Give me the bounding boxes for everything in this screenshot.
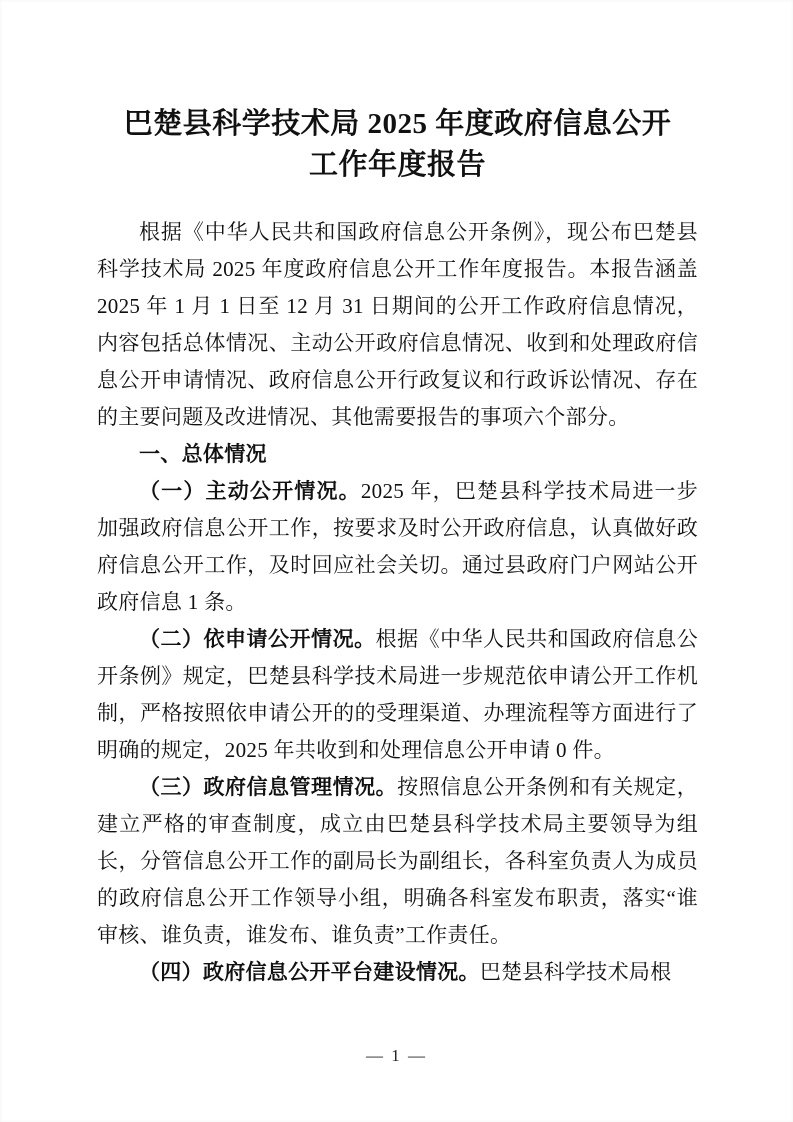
paragraph-4-lead: （四）政府信息公开平台建设情况。 bbox=[139, 960, 480, 984]
document-body: 根据《中华人民共和国政府信息公开条例》，现公布巴楚县科学技术局 2025 年度政… bbox=[97, 214, 698, 991]
paragraph-4: （四）政府信息公开平台建设情况。巴楚县科学技术局根 bbox=[97, 954, 698, 991]
intro-paragraph: 根据《中华人民共和国政府信息公开条例》，现公布巴楚县科学技术局 2025 年度政… bbox=[97, 214, 698, 436]
paragraph-1: （一）主动公开情况。2025 年，巴楚县科学技术局进一步加强政府信息公开工作，按… bbox=[97, 473, 698, 621]
paragraph-3: （三）政府信息管理情况。按照信息公开条例和有关规定，建立严格的审查制度，成立由巴… bbox=[97, 769, 698, 954]
document-title: 巴楚县科学技术局 2025 年度政府信息公开 工作年度报告 bbox=[97, 104, 698, 186]
paragraph-3-lead: （三）政府信息管理情况。 bbox=[139, 775, 397, 799]
page-number: — 1 — bbox=[0, 1046, 793, 1066]
paragraph-2-lead: （二）依申请公开情况。 bbox=[139, 627, 376, 651]
paragraph-3-text: 按照信息公开条例和有关规定，建立严格的审查制度，成立由巴楚县科学技术局主要领导为… bbox=[97, 775, 698, 947]
document-page: 巴楚县科学技术局 2025 年度政府信息公开 工作年度报告 根据《中华人民共和国… bbox=[0, 0, 793, 1122]
document-content: 巴楚县科学技术局 2025 年度政府信息公开 工作年度报告 根据《中华人民共和国… bbox=[97, 104, 698, 991]
intro-paragraph-text: 根据《中华人民共和国政府信息公开条例》，现公布巴楚县科学技术局 2025 年度政… bbox=[97, 220, 698, 429]
document-title-line-1: 巴楚县科学技术局 2025 年度政府信息公开 bbox=[97, 104, 698, 145]
paragraph-4-text: 巴楚县科学技术局根 bbox=[480, 960, 672, 984]
section-heading: 一、总体情况 bbox=[97, 436, 698, 473]
paragraph-2: （二）依申请公开情况。根据《中华人民共和国政府信息公开条例》规定，巴楚县科学技术… bbox=[97, 621, 698, 769]
document-title-line-2: 工作年度报告 bbox=[97, 145, 698, 186]
paragraph-1-lead: （一）主动公开情况。 bbox=[139, 479, 361, 503]
